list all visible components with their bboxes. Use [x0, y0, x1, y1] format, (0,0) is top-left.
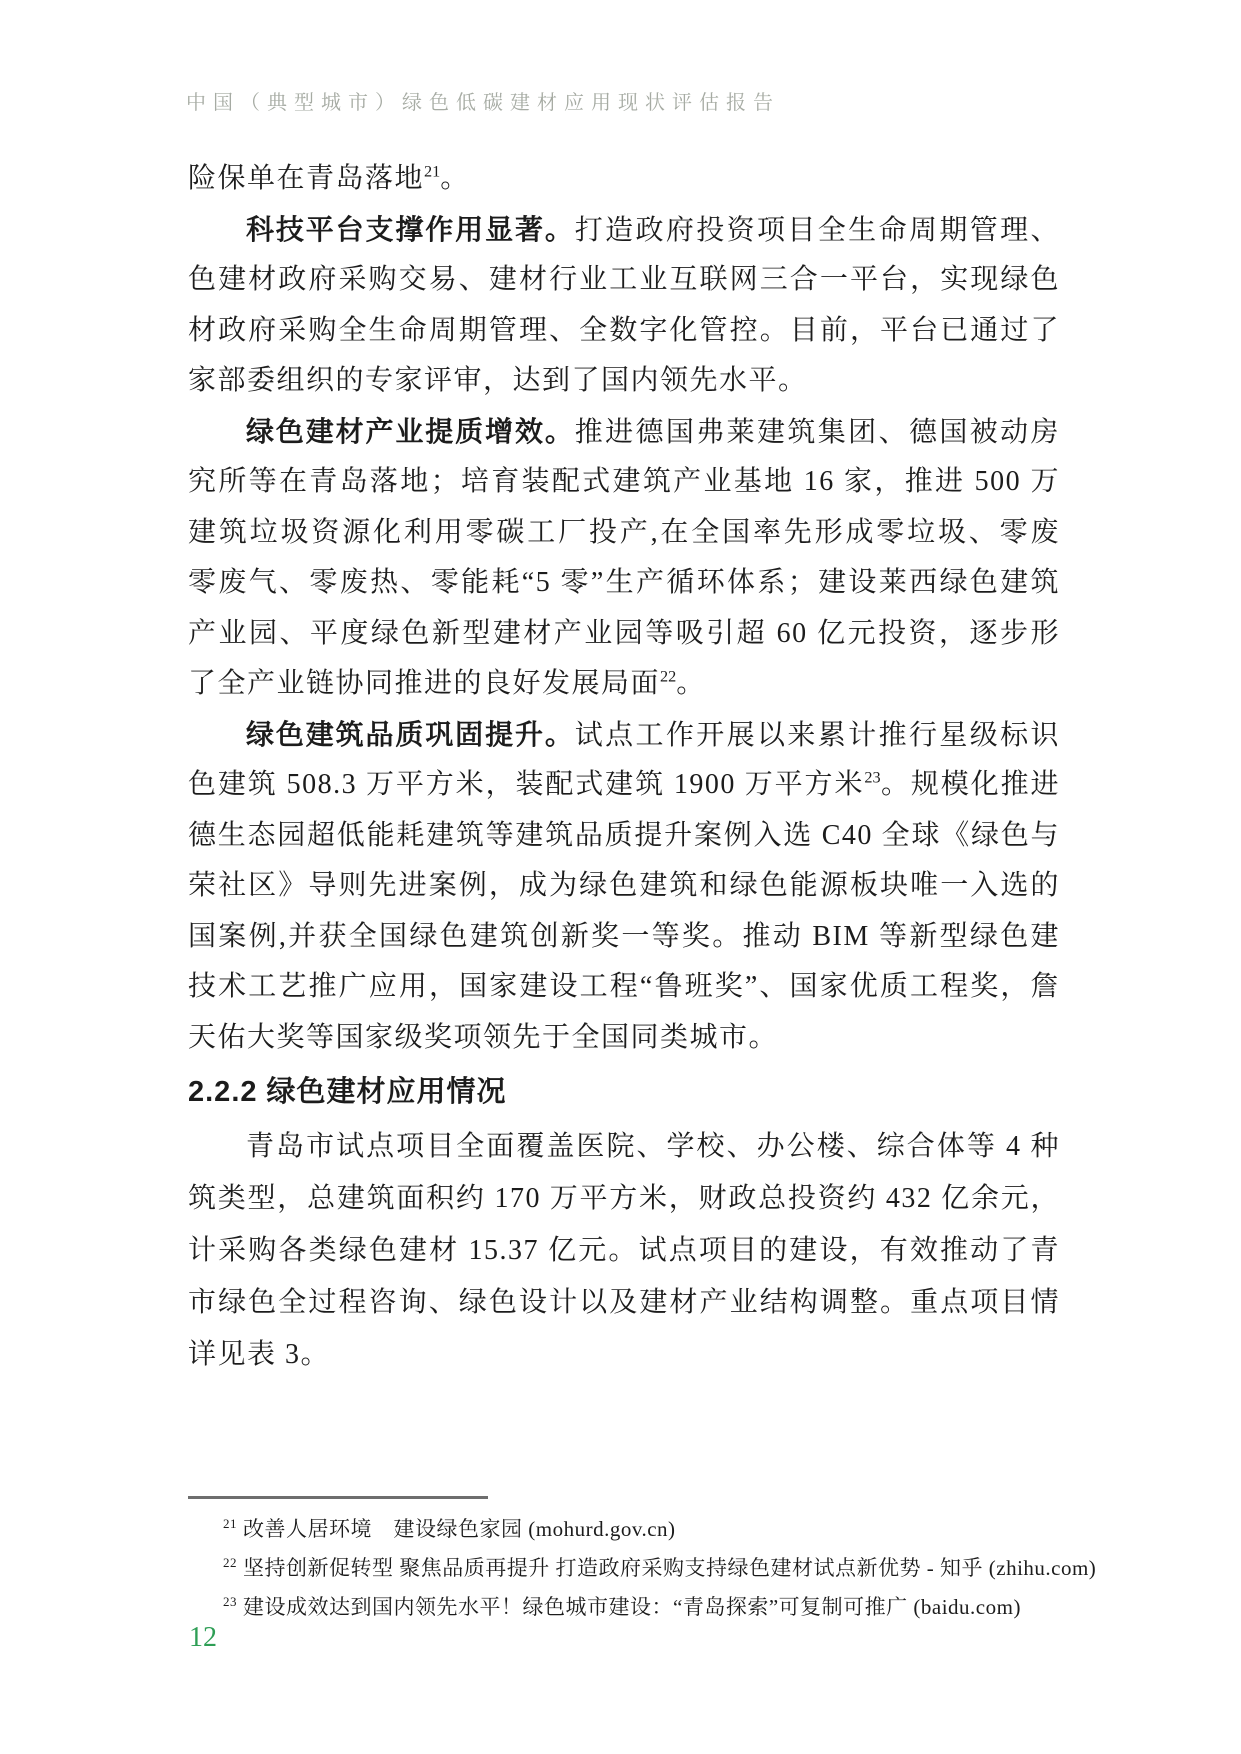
- bold-lead-in: 绿色建筑品质巩固提升。: [246, 719, 575, 750]
- text-segment: 。: [440, 163, 470, 194]
- footnote-number: 21: [223, 1516, 237, 1531]
- footnote-number: 22: [223, 1555, 237, 1570]
- text-line: 色建筑 508.3 万平方米，装配式建筑 1900 万平方米23。规模化推进中: [188, 760, 1060, 811]
- text-segment: 筑类型，总建筑面积约 170 万平方米，财政总投资约 432 亿余元，累: [188, 1183, 1060, 1225]
- text-line: 了全产业链协同推进的良好发展局面22。: [188, 659, 1060, 710]
- text-line: 险保单在青岛落地21。: [188, 154, 1060, 205]
- footnotes-area: 21改善人居环境 建设绿色家园 (mohurd.gov.cn) 22坚持创新促转…: [188, 1496, 1088, 1624]
- text-segment: 市绿色全过程咨询、绿色设计以及建材产业结构调整。重点项目情况: [188, 1287, 1060, 1329]
- text-segment: 究所等在青岛落地；培育装配式建筑产业基地 16 家，推进 500 万吨: [188, 466, 1060, 508]
- footnote-item: 21改善人居环境 建设绿色家园 (mohurd.gov.cn): [188, 1507, 1088, 1546]
- footnote-text: 建设成效达到国内领先水平！绿色城市建设：“青岛探索”可复制可推广 (baidu.…: [243, 1595, 1021, 1619]
- footnote-number: 23: [223, 1594, 237, 1609]
- text-line: 色建材政府采购交易、建材行业工业互联网三合一平台，实现绿色建: [188, 255, 1060, 306]
- text-line: 市绿色全过程咨询、绿色设计以及建材产业结构调整。重点项目情况: [188, 1277, 1060, 1329]
- text-line: 技术工艺推广应用，国家建设工程“鲁班奖”、国家优质工程奖，詹: [188, 962, 1060, 1013]
- page-number: 12: [189, 1622, 217, 1654]
- text-segment: 色建材政府采购交易、建材行业工业互联网三合一平台，实现绿色建: [188, 264, 1060, 306]
- text-segment: 国案例,并获全国绿色建筑创新奖一等奖。推动 BIM 等新型绿色建造: [188, 921, 1060, 963]
- text-line: 科技平台支撑作用显著。打造政府投资项目全生命周期管理、绿: [188, 205, 1060, 256]
- text-line: 天佑大奖等国家级奖项领先于全国同类城市。: [188, 1013, 1060, 1064]
- text-line: 青岛市试点项目全面覆盖医院、学校、办公楼、综合体等 4 种建: [188, 1121, 1060, 1173]
- footnote-reference: 22: [660, 668, 676, 686]
- text-line: 建筑垃圾资源化利用零碳工厂投产,在全国率先形成零垃圾、零废水、: [188, 508, 1060, 559]
- footnote-text: 坚持创新促转型 聚焦品质再提升 打造政府采购支持绿色建材试点新优势 - 知乎 (…: [243, 1556, 1096, 1580]
- footnote-item: 22坚持创新促转型 聚焦品质再提升 打造政府采购支持绿色建材试点新优势 - 知乎…: [188, 1546, 1088, 1585]
- text-line: 荣社区》导则先进案例，成为绿色建筑和绿色能源板块唯一入选的中: [188, 861, 1060, 912]
- text-segment: 。: [676, 668, 706, 699]
- text-segment: 建筑垃圾资源化利用零碳工厂投产,在全国率先形成零垃圾、零废水、: [188, 517, 1060, 559]
- text-line: 详见表 3。: [188, 1329, 1060, 1381]
- text-segment: 材政府采购全生命周期管理、全数字化管控。目前，平台已通过了国: [188, 315, 1060, 357]
- bold-lead-in: 科技平台支撑作用显著。: [246, 214, 575, 245]
- text-line: 家部委组织的专家评审，达到了国内领先水平。: [188, 356, 1060, 407]
- text-line: 国案例,并获全国绿色建筑创新奖一等奖。推动 BIM 等新型绿色建造: [188, 912, 1060, 963]
- text-line: 绿色建材产业提质增效。推进德国弗莱建筑集团、德国被动房研: [188, 407, 1060, 458]
- text-line: 产业园、平度绿色新型建材产业园等吸引超 60 亿元投资，逐步形成: [188, 609, 1060, 660]
- footnote-reference: 21: [424, 163, 440, 181]
- paragraph-block-1: 险保单在青岛落地21。科技平台支撑作用显著。打造政府投资项目全生命周期管理、绿色…: [188, 154, 1060, 1063]
- footnote-separator: [188, 1496, 488, 1499]
- text-segment: 了全产业链协同推进的良好发展局面: [188, 668, 660, 699]
- text-line: 筑类型，总建筑面积约 170 万平方米，财政总投资约 432 亿余元，累: [188, 1173, 1060, 1225]
- text-segment: 德生态园超低能耗建筑等建筑品质提升案例入选 C40 全球《绿色与繁: [188, 820, 1060, 862]
- section-heading: 2.2.2 绿色建材应用情况: [188, 1063, 1060, 1121]
- text-segment: 家部委组织的专家评审，达到了国内领先水平。: [188, 365, 808, 396]
- text-line: 零废气、零废热、零能耗“5 零”生产循环体系；建设莱西绿色建筑: [188, 558, 1060, 609]
- text-line: 究所等在青岛落地；培育装配式建筑产业基地 16 家，推进 500 万吨: [188, 457, 1060, 508]
- paragraph-block-2: 青岛市试点项目全面覆盖医院、学校、办公楼、综合体等 4 种建筑类型，总建筑面积约…: [188, 1121, 1060, 1381]
- footnote-text: 改善人居环境 建设绿色家园 (mohurd.gov.cn): [243, 1517, 676, 1541]
- text-segment: 零废气、零废热、零能耗“5 零”生产循环体系；建设莱西绿色建筑: [188, 567, 1060, 598]
- text-line: 德生态园超低能耗建筑等建筑品质提升案例入选 C40 全球《绿色与繁: [188, 811, 1060, 862]
- footnote-reference: 23: [864, 769, 880, 787]
- text-line: 绿色建筑品质巩固提升。试点工作开展以来累计推行星级标识绿: [188, 710, 1060, 761]
- text-segment: 天佑大奖等国家级奖项领先于全国同类城市。: [188, 1022, 778, 1053]
- text-segment: 技术工艺推广应用，国家建设工程“鲁班奖”、国家优质工程奖，詹: [188, 971, 1060, 1002]
- text-segment: 详见表 3。: [188, 1339, 330, 1370]
- text-segment: 荣社区》导则先进案例，成为绿色建筑和绿色能源板块唯一入选的中: [188, 870, 1060, 912]
- text-segment: 计采购各类绿色建材 15.37 亿元。试点项目的建设，有效推动了青岛: [188, 1235, 1060, 1277]
- text-line: 材政府采购全生命周期管理、全数字化管控。目前，平台已通过了国: [188, 306, 1060, 357]
- text-segment: 产业园、平度绿色新型建材产业园等吸引超 60 亿元投资，逐步形成: [188, 618, 1060, 660]
- running-head-title: 中国（典型城市）绿色低碳建材应用现状评估报告: [186, 86, 780, 115]
- bold-lead-in: 绿色建材产业提质增效。: [246, 416, 575, 447]
- text-segment: 险保单在青岛落地: [188, 163, 424, 194]
- text-segment: 色建筑 508.3 万平方米，装配式建筑 1900 万平方米: [188, 769, 864, 800]
- footnote-item: 23建设成效达到国内领先水平！绿色城市建设：“青岛探索”可复制可推广 (baid…: [188, 1585, 1088, 1624]
- text-segment: 青岛市试点项目全面覆盖医院、学校、办公楼、综合体等 4 种建: [246, 1131, 1060, 1173]
- text-line: 计采购各类绿色建材 15.37 亿元。试点项目的建设，有效推动了青岛: [188, 1225, 1060, 1277]
- document-page: 中国（典型城市）绿色低碳建材应用现状评估报告 险保单在青岛落地21。科技平台支撑…: [0, 0, 1241, 1754]
- body-text: 险保单在青岛落地21。科技平台支撑作用显著。打造政府投资项目全生命周期管理、绿色…: [188, 154, 1060, 1381]
